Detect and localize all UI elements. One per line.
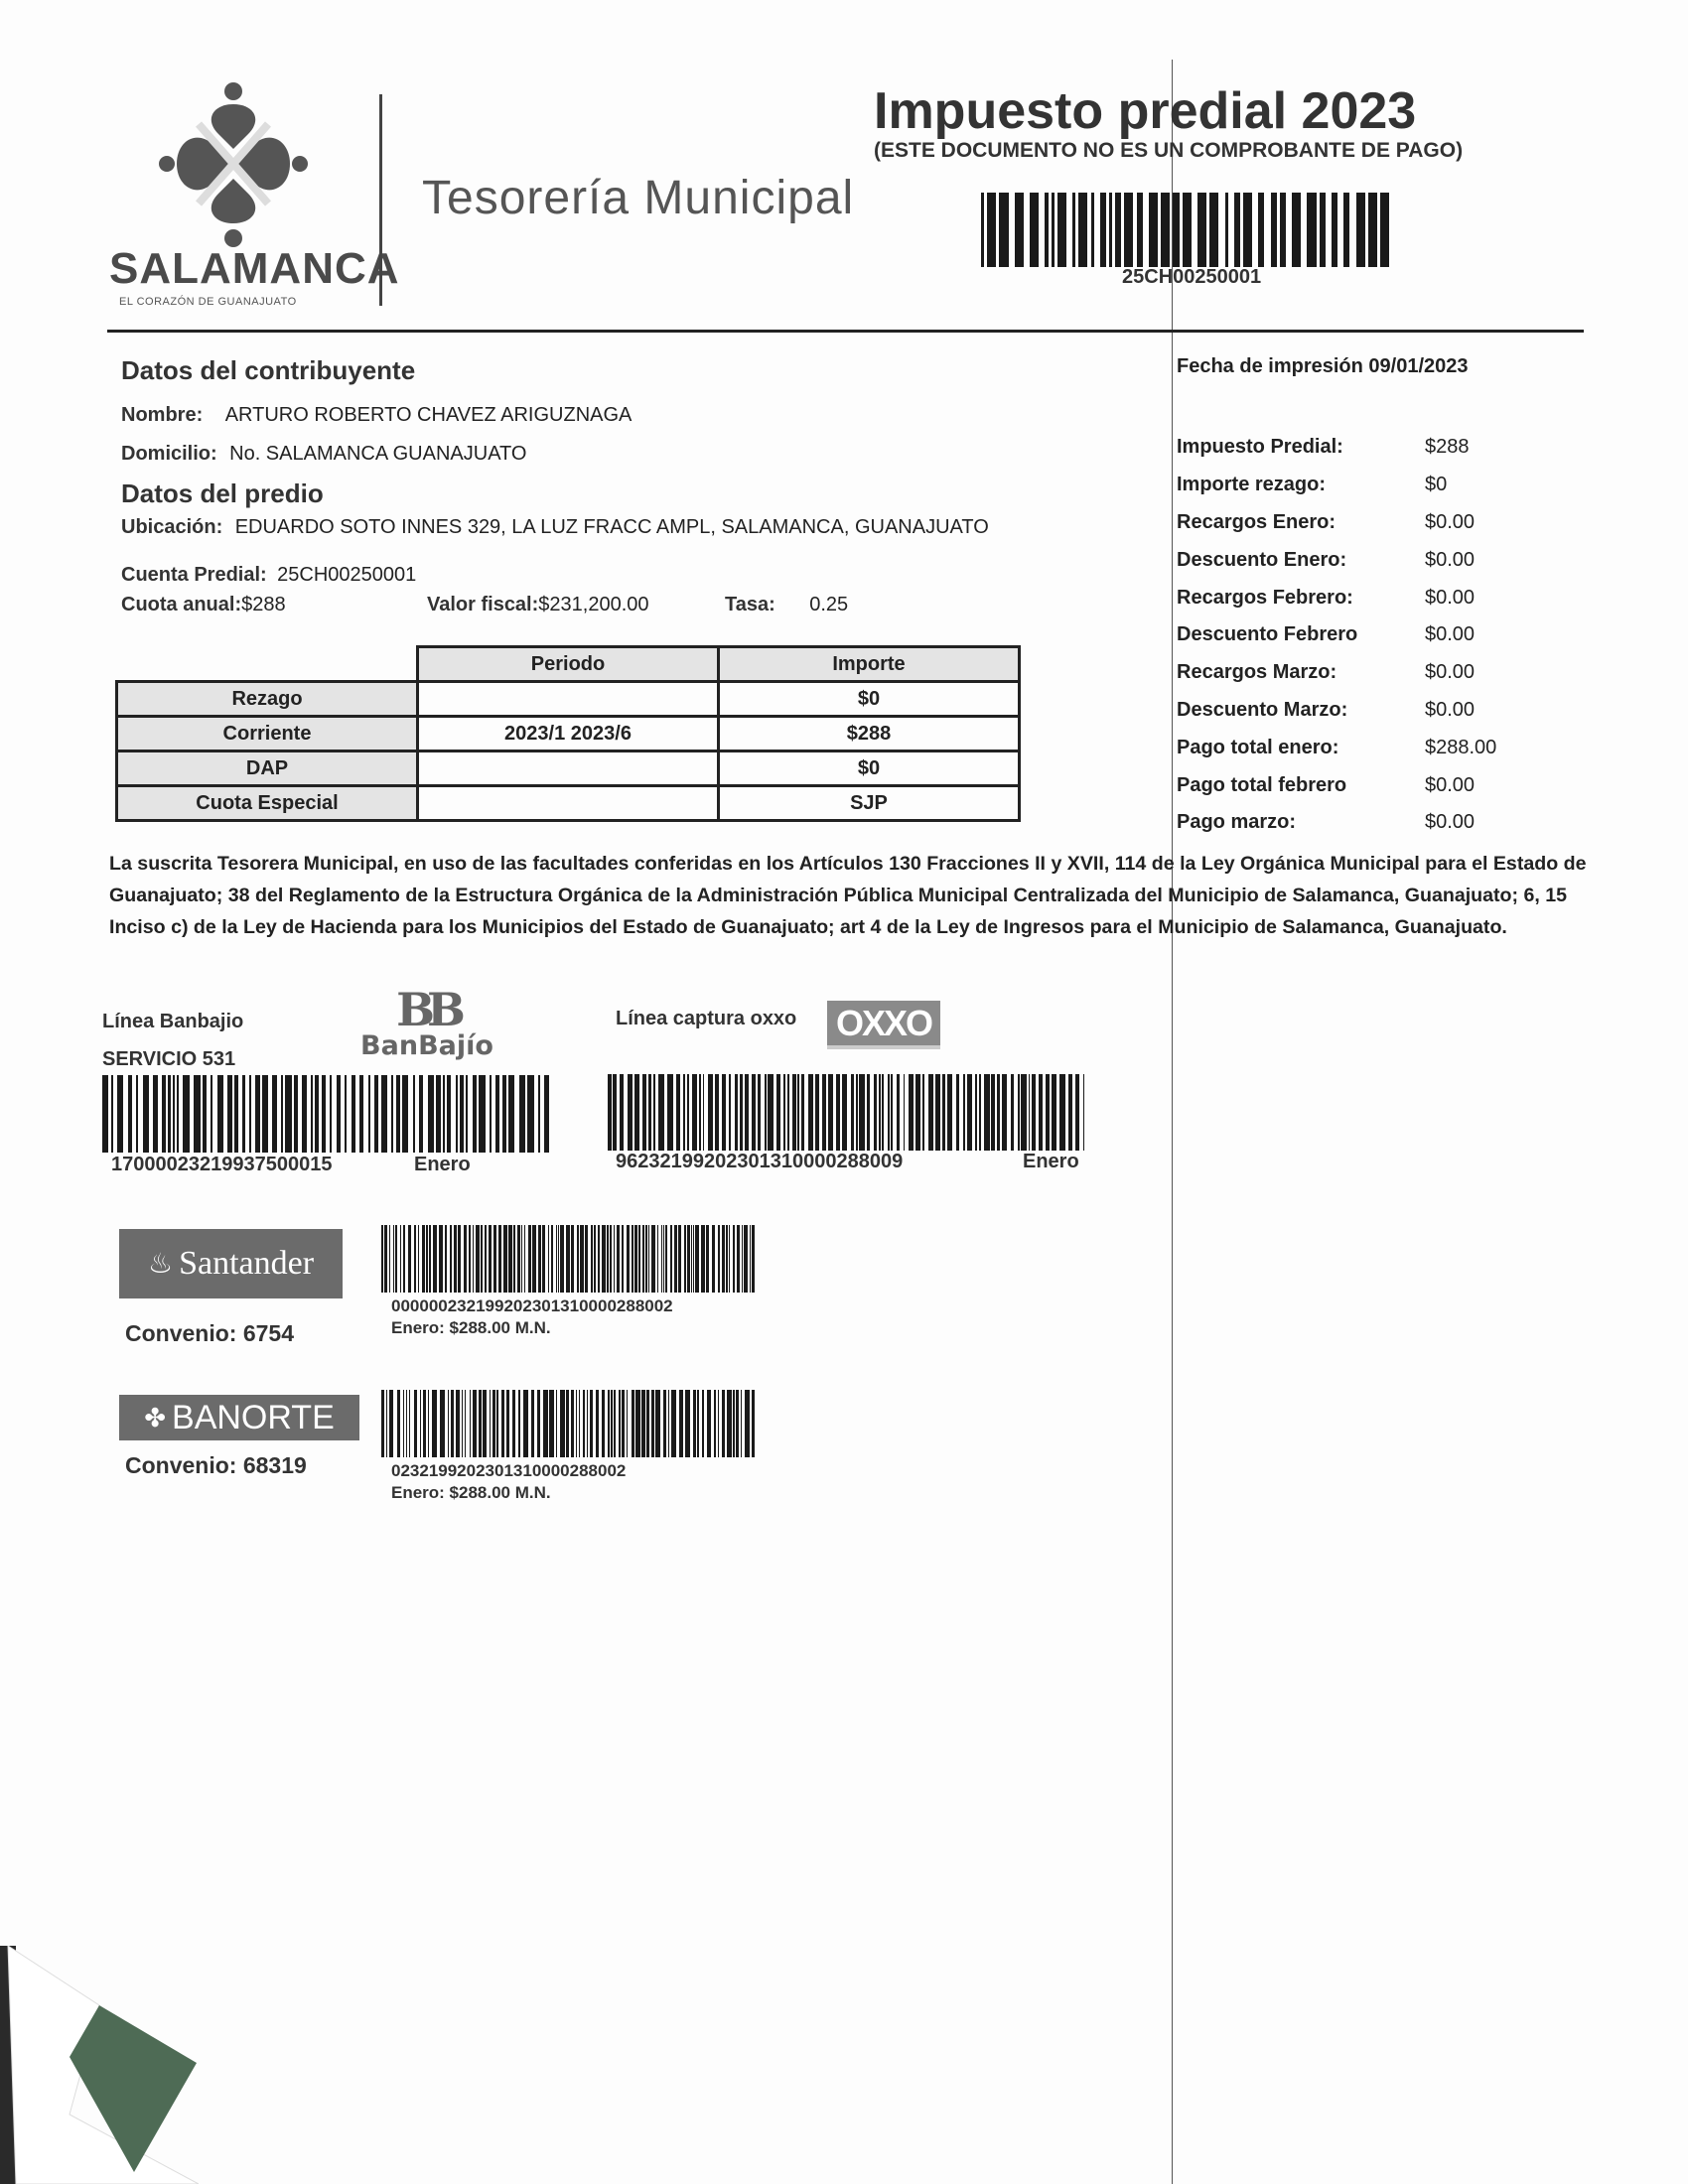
document-title: Impuesto predial 2023 [874, 81, 1416, 141]
ubicacion-value: EDUARDO SOTO INNES 329, LA LUZ FRACC AMP… [235, 516, 989, 538]
oxxo-barcode [608, 1074, 1088, 1151]
banbajio-barcode [102, 1075, 554, 1153]
row-importe: $0 [719, 682, 1020, 717]
banorte-reference: 0232199202301310000288002 [391, 1461, 626, 1481]
cuenta-value: 25CH00250001 [277, 564, 416, 586]
table-row: Corriente2023/1 2023/6$288 [117, 717, 1020, 751]
oxxo-label: Línea captura oxxo [616, 1008, 796, 1030]
document-subtitle: (ESTE DOCUMENTO NO ES UN COMPROBANTE DE … [874, 139, 1463, 163]
summary-value: $0.00 [1425, 774, 1475, 797]
print-date: Fecha de impresión 09/01/2023 [1177, 355, 1469, 378]
summary-value: $0.00 [1425, 587, 1475, 610]
banbajio-logo: BB BanBajío [352, 988, 501, 1061]
domicilio-row: Domicilio: No. SALAMANCA GUANAJUATO [121, 443, 526, 466]
valor-label: Valor fiscal: [427, 594, 538, 615]
santander-reference: 000000232199202301310000288002 [391, 1297, 673, 1316]
summary-value: $0.00 [1425, 549, 1475, 572]
summary-label: Pago total enero: [1177, 737, 1425, 759]
domicilio-value: No. SALAMANCA GUANAJUATO [229, 443, 526, 465]
summary-value: $0.00 [1425, 811, 1475, 834]
valor-row: Valor fiscal:$231,200.00 [427, 594, 649, 616]
row-concepto: Rezago [117, 682, 418, 717]
banbajio-mark-icon: BB [352, 988, 501, 1031]
payment-summary: Impuesto Predial:$288Importe rezago:$0Re… [1177, 429, 1574, 842]
summary-value: $0 [1425, 474, 1447, 496]
row-periodo [418, 751, 719, 786]
summary-label: Recargos Enero: [1177, 511, 1425, 534]
valor-value: $231,200.00 [538, 594, 648, 615]
summary-label: Recargos Febrero: [1177, 587, 1425, 610]
summary-value: $0.00 [1425, 511, 1475, 534]
tasa-label: Tasa: [725, 594, 775, 615]
summary-label: Descuento Enero: [1177, 549, 1425, 572]
department-name: Tesorería Municipal [422, 171, 854, 225]
salamanca-logo: SALAMANCA EL CORAZÓN DE GUANAJUATO [109, 79, 367, 318]
summary-row: Pago total enero:$288.00 [1177, 729, 1574, 766]
table-row: DAP$0 [117, 751, 1020, 786]
summary-label: Descuento Marzo: [1177, 699, 1425, 722]
santander-amount: Enero: $288.00 M.N. [391, 1318, 551, 1338]
scan-fold-line [1172, 60, 1173, 2184]
summary-row: Recargos Marzo:$0.00 [1177, 654, 1574, 692]
cuota-label: Cuota anual: [121, 594, 241, 615]
table-row: Rezago$0 [117, 682, 1020, 717]
cuota-value: $288 [241, 594, 286, 615]
header-rule [107, 330, 1584, 333]
municipality-name: SALAMANCA [109, 244, 400, 294]
summary-label: Descuento Febrero [1177, 623, 1425, 646]
domicilio-label: Domicilio: [121, 443, 217, 465]
santander-convenio: Convenio: 6754 [125, 1320, 294, 1347]
row-concepto: Cuota Especial [117, 786, 418, 821]
salamanca-emblem-icon [159, 79, 308, 248]
summary-label: Pago marzo: [1177, 811, 1425, 834]
banorte-convenio: Convenio: 68319 [125, 1452, 307, 1479]
summary-row: Impuesto Predial:$288 [1177, 429, 1574, 467]
folded-corner [0, 1946, 199, 2184]
summary-value: $0.00 [1425, 661, 1475, 684]
summary-row: Pago total febrero$0.00 [1177, 766, 1574, 804]
account-barcode-label: 25CH00250001 [1122, 266, 1261, 289]
col-importe: Importe [719, 647, 1020, 682]
row-concepto: DAP [117, 751, 418, 786]
account-barcode [981, 193, 1393, 267]
banbajio-reference: 17000023219937500015 [111, 1154, 332, 1176]
nombre-label: Nombre: [121, 404, 203, 426]
nombre-value: ARTURO ROBERTO CHAVEZ ARIGUZNAGA [225, 404, 633, 426]
tasa-value: 0.25 [809, 594, 848, 615]
summary-value: $288 [1425, 436, 1470, 459]
row-periodo [418, 786, 719, 821]
santander-logo-text: Santander [179, 1245, 314, 1283]
summary-label: Pago total febrero [1177, 774, 1425, 797]
summary-row: Descuento Enero:$0.00 [1177, 541, 1574, 579]
banorte-logo-text: BANORTE [172, 1399, 335, 1437]
banorte-amount: Enero: $288.00 M.N. [391, 1483, 551, 1503]
banorte-barcode [381, 1390, 759, 1457]
nombre-row: Nombre: ARTURO ROBERTO CHAVEZ ARIGUZNAGA [121, 404, 632, 427]
oxxo-logo: OXXO [827, 1001, 940, 1049]
row-periodo [418, 682, 719, 717]
predio-heading: Datos del predio [121, 478, 324, 509]
santander-barcode [381, 1225, 759, 1293]
contribuyente-heading: Datos del contribuyente [121, 355, 415, 386]
tasa-row: Tasa: 0.25 [725, 594, 848, 616]
banbajio-service: SERVICIO 531 [102, 1048, 235, 1071]
row-periodo: 2023/1 2023/6 [418, 717, 719, 751]
summary-row: Descuento Marzo:$0.00 [1177, 692, 1574, 730]
banorte-logo: ✤ BANORTE [119, 1395, 359, 1440]
summary-value: $0.00 [1425, 623, 1475, 646]
row-importe: $0 [719, 751, 1020, 786]
legal-text: La suscrita Tesorera Municipal, en uso d… [109, 848, 1589, 943]
banbajio-logo-text: BanBajío [352, 1031, 501, 1061]
oxxo-month: Enero [1023, 1151, 1079, 1173]
summary-label: Recargos Marzo: [1177, 661, 1425, 684]
municipality-tagline: EL CORAZÓN DE GUANAJUATO [119, 296, 297, 308]
summary-label: Impuesto Predial: [1177, 436, 1425, 459]
summary-value: $0.00 [1425, 699, 1475, 722]
summary-row: Pago marzo:$0.00 [1177, 804, 1574, 842]
ubicacion-row: Ubicación: EDUARDO SOTO INNES 329, LA LU… [121, 516, 989, 539]
summary-row: Importe rezago:$0 [1177, 467, 1574, 504]
banorte-mark-icon: ✤ [144, 1403, 166, 1433]
summary-row: Recargos Enero:$0.00 [1177, 504, 1574, 542]
oxxo-reference: 96232199202301310000288009 [616, 1151, 903, 1173]
cuota-row: Cuota anual:$288 [121, 594, 286, 616]
summary-row: Recargos Febrero:$0.00 [1177, 579, 1574, 616]
summary-label: Importe rezago: [1177, 474, 1425, 496]
row-importe: SJP [719, 786, 1020, 821]
banbajio-label: Línea Banbajio [102, 1011, 243, 1033]
table-row: Cuota EspecialSJP [117, 786, 1020, 821]
header-divider [379, 94, 382, 306]
santander-logo: ♨ Santander [119, 1229, 343, 1298]
row-importe: $288 [719, 717, 1020, 751]
ubicacion-label: Ubicación: [121, 516, 222, 538]
row-concepto: Corriente [117, 717, 418, 751]
cuenta-row: Cuenta Predial: 25CH00250001 [121, 564, 416, 587]
summary-row: Descuento Febrero$0.00 [1177, 616, 1574, 654]
cuota-table: Periodo Importe Rezago$0Corriente2023/1 … [115, 645, 1021, 822]
cuenta-label: Cuenta Predial: [121, 564, 267, 586]
banbajio-month: Enero [414, 1154, 471, 1176]
santander-flame-icon: ♨ [148, 1247, 173, 1281]
summary-value: $288.00 [1425, 737, 1496, 759]
col-periodo: Periodo [418, 647, 719, 682]
